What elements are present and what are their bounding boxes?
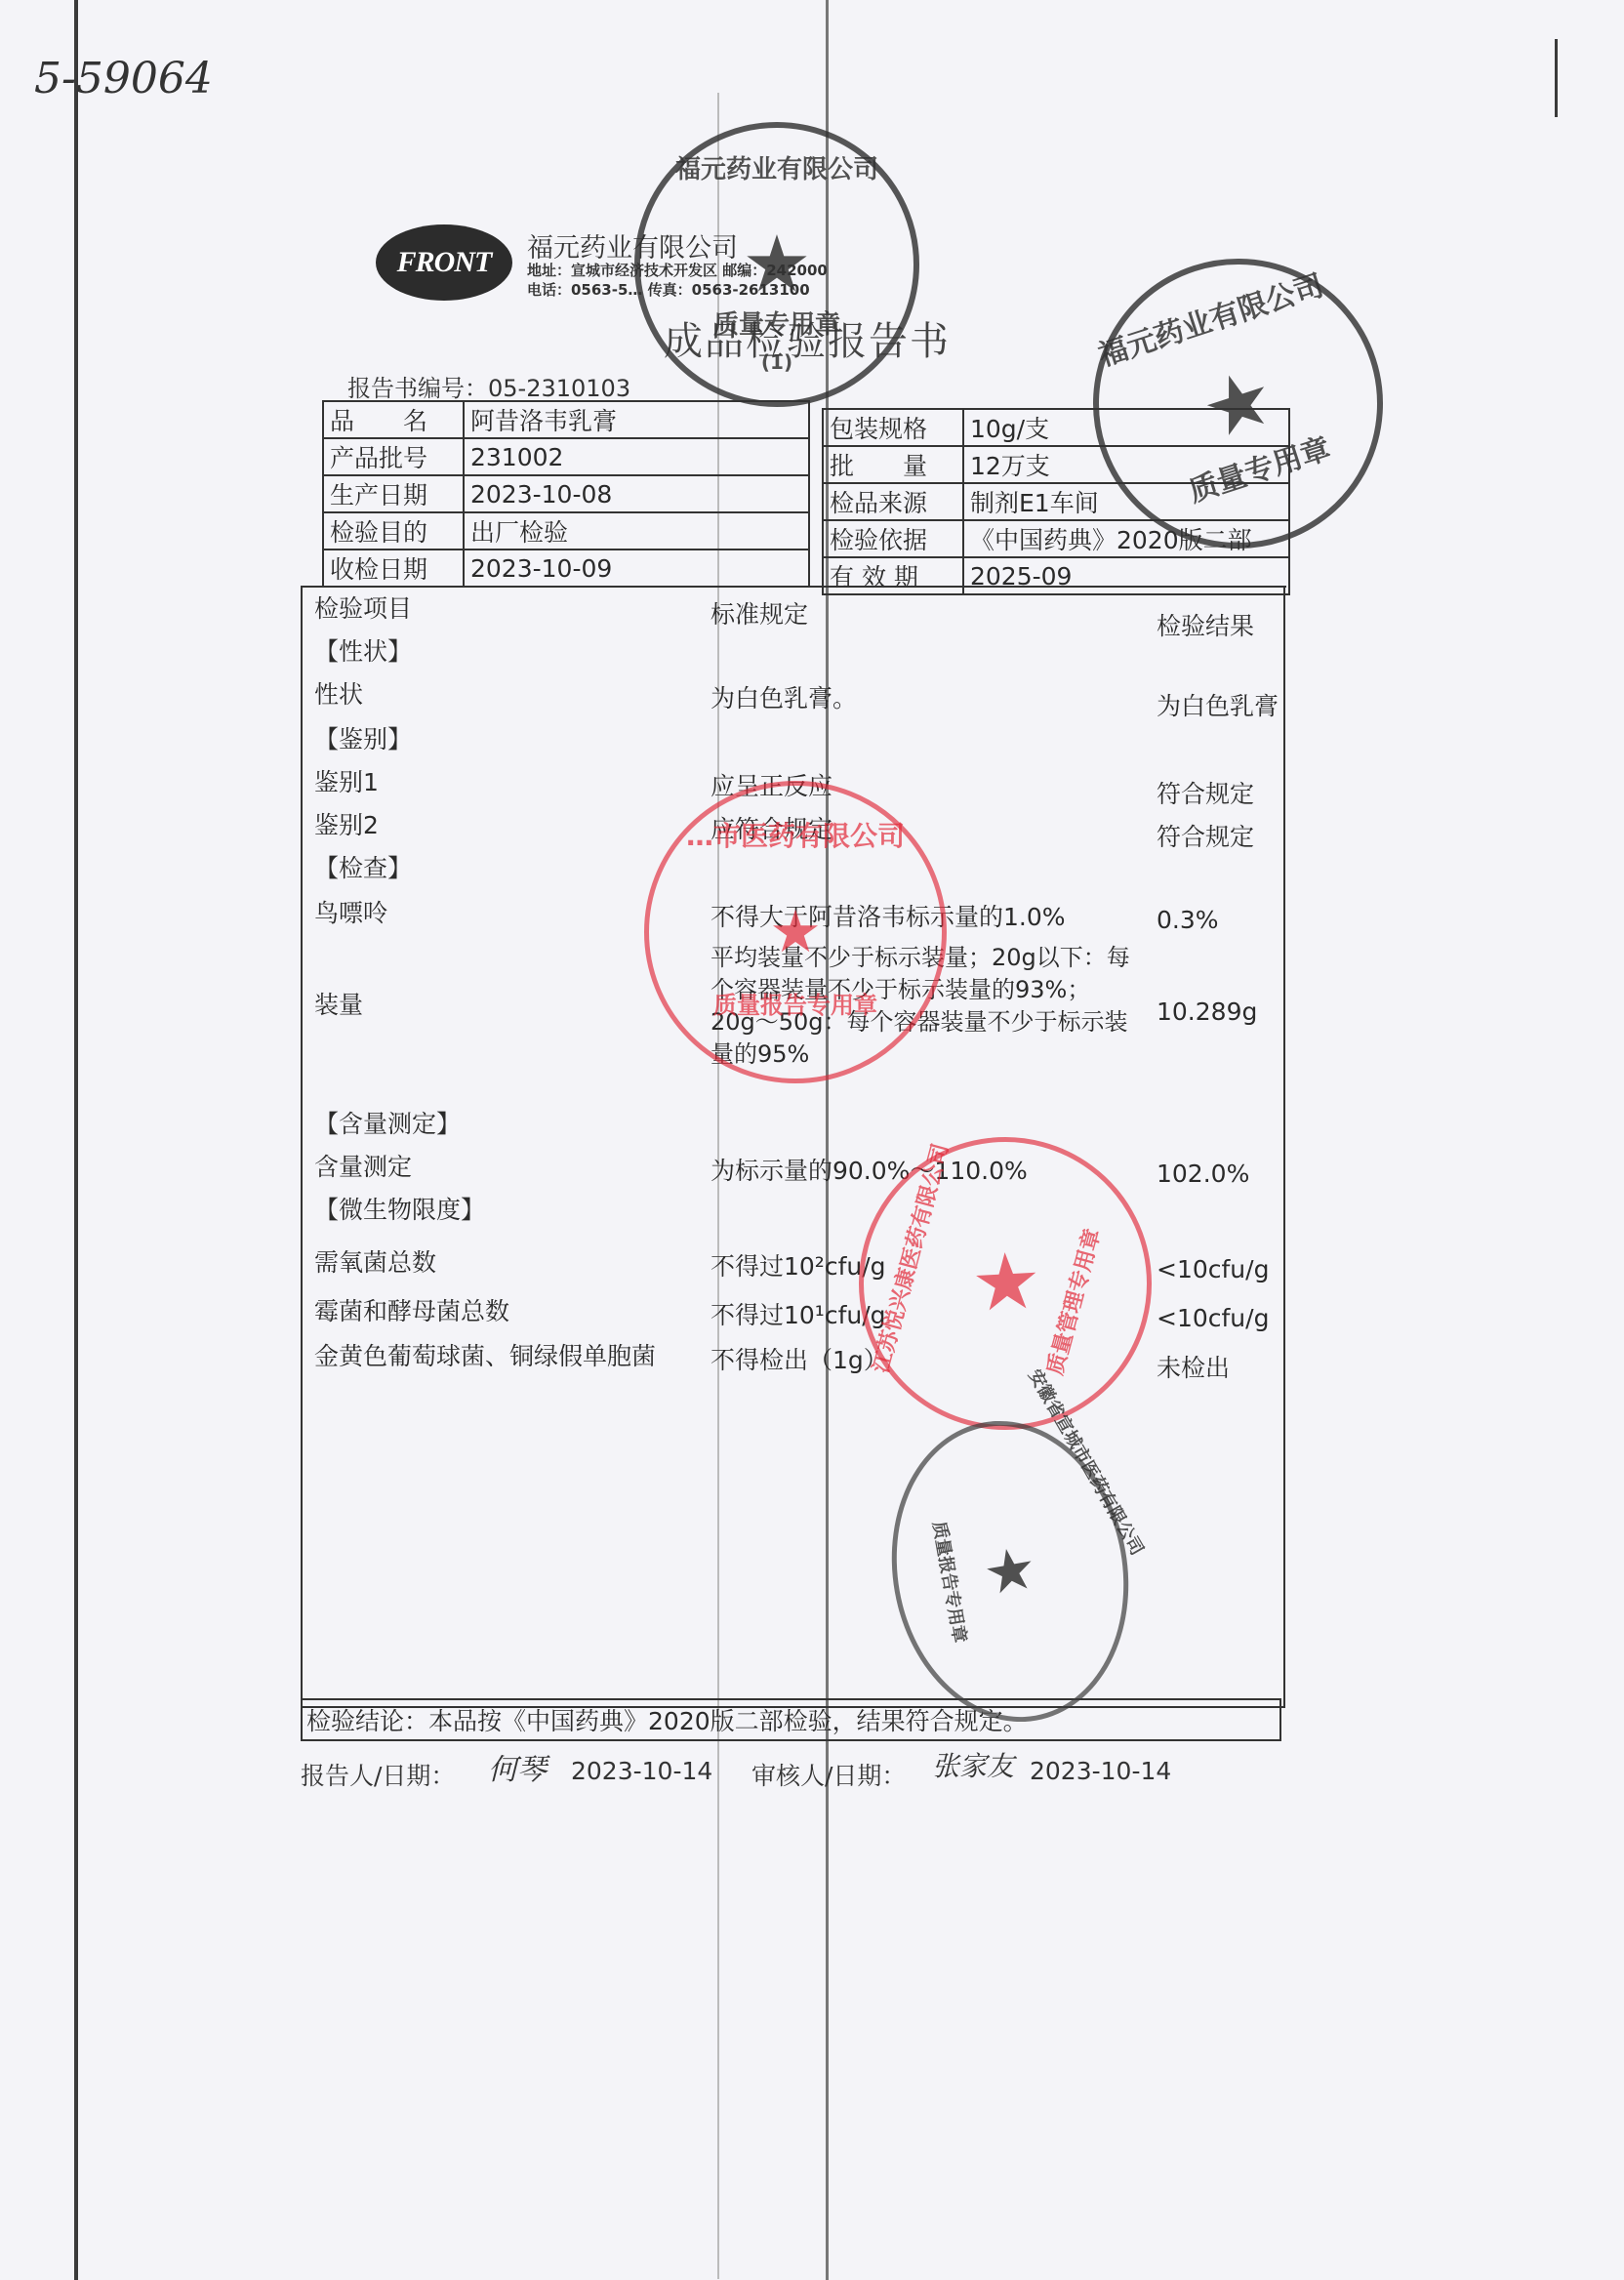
result-item: 需氧菌总数 xyxy=(314,1243,436,1279)
stamp-number: (1) xyxy=(761,350,792,374)
info_right-label: 批 量 xyxy=(823,446,963,483)
result-item: 鸟嘌呤 xyxy=(314,894,387,929)
info_left-label: 生产日期 xyxy=(323,475,464,512)
info_left-label: 产品批号 xyxy=(323,438,464,475)
info_left-label: 品 名 xyxy=(323,401,464,438)
section-heading: 【性状】 xyxy=(314,632,412,668)
stamp-star-icon: ★ xyxy=(769,903,822,961)
reporter-label: 报告人/日期： xyxy=(301,1757,455,1792)
result-value: 0.3% xyxy=(1157,906,1219,934)
info_left-value: 阿昔洛韦乳膏 xyxy=(464,401,809,438)
stamp-text-bottom: 质量专用章 xyxy=(713,305,840,341)
info_left-label: 检验目的 xyxy=(323,512,464,550)
section-heading: 【含量测定】 xyxy=(314,1105,461,1140)
report-number-label: 报告书编号： xyxy=(347,375,488,402)
handwritten-number: 5-59064 xyxy=(34,54,213,103)
reviewer-date: 2023-10-14 xyxy=(1030,1757,1171,1785)
info_left-label: 收检日期 xyxy=(323,550,464,587)
result-item: 金黄色葡萄球菌、铜绿假单胞菌 xyxy=(314,1337,656,1372)
info_left-row: 产品批号231002 xyxy=(323,438,809,475)
result-item: 鉴别2 xyxy=(314,806,379,841)
scan-edge-right-mark xyxy=(1555,39,1558,117)
conclusion: 检验结论：本品按《中国药典》2020版二部检验，结果符合规定。 xyxy=(301,1698,1281,1741)
result-item: 装量 xyxy=(314,986,363,1021)
quality-stamp-middle-red: ★ …市医药有限公司 质量报告专用章 xyxy=(644,781,947,1083)
result-item: 霉菌和酵母菌总数 xyxy=(314,1292,509,1327)
info_left-value: 2023-10-09 xyxy=(464,550,809,587)
info_left-row: 检验目的出厂检验 xyxy=(323,512,809,550)
info_left-value: 出厂检验 xyxy=(464,512,809,550)
result-item: 鉴别1 xyxy=(314,763,379,798)
stamp-text-top: 福元药业有限公司 xyxy=(675,149,878,185)
section-heading: 【微生物限度】 xyxy=(314,1191,485,1226)
company-logo: FRONT xyxy=(376,224,512,301)
reviewer-signature: 张家友 xyxy=(932,1745,1014,1784)
result-value: 为白色乳膏 xyxy=(1157,687,1279,722)
report-number: 报告书编号：05-2310103 xyxy=(347,369,630,403)
info_left-value: 231002 xyxy=(464,438,809,475)
reporter-signature: 何琴 xyxy=(488,1745,547,1788)
reporter-date: 2023-10-14 xyxy=(571,1757,712,1785)
reviewer-label: 审核人/日期： xyxy=(751,1757,906,1792)
result-value: <10cfu/g xyxy=(1157,1304,1269,1332)
result-standard: 不得检出（1g） xyxy=(710,1341,888,1376)
info_right-label: 检品来源 xyxy=(823,483,963,520)
info_right-label: 检验依据 xyxy=(823,520,963,557)
stamp-text-bottom: 质量管理专用章 xyxy=(1038,1225,1107,1378)
stamp-star-icon: ★ xyxy=(742,225,812,304)
section-heading: 【检查】 xyxy=(314,849,412,884)
info_left-row: 品 名阿昔洛韦乳膏 xyxy=(323,401,809,438)
quality-stamp-top-center: ★ 福元药业有限公司 质量专用章 (1) xyxy=(634,122,919,407)
section-heading: 【鉴别】 xyxy=(314,720,412,755)
result-value: 符合规定 xyxy=(1157,775,1254,810)
info-table-left: 品 名阿昔洛韦乳膏产品批号231002生产日期2023-10-08检验目的出厂检… xyxy=(322,400,810,588)
stamp-text-bottom: 质量报告专用章 xyxy=(713,986,877,1020)
result-item: 含量测定 xyxy=(314,1148,412,1183)
scan-edge-left xyxy=(74,0,78,2280)
result-value: 符合规定 xyxy=(1157,818,1254,853)
result-value: <10cfu/g xyxy=(1157,1255,1269,1283)
result-value: 未检出 xyxy=(1157,1349,1230,1384)
stamp-text-top: …市医药有限公司 xyxy=(686,815,905,854)
result-item: 性状 xyxy=(314,675,363,711)
stamp-text-top: 福元药业有限公司 xyxy=(1092,262,1328,375)
stamp-star-icon: ★ xyxy=(1193,355,1283,451)
header-result: 检验结果 xyxy=(1157,607,1254,642)
stamp-text-bottom: 质量报告专用章 xyxy=(927,1519,973,1645)
report-number-value: 05-2310103 xyxy=(488,375,630,402)
result-value: 10.289g xyxy=(1157,997,1257,1026)
info_left-row: 生产日期2023-10-08 xyxy=(323,475,809,512)
header-standard: 标准规定 xyxy=(710,595,808,631)
header-item: 检验项目 xyxy=(314,590,412,625)
info_right-label: 包装规格 xyxy=(823,409,963,446)
result-standard: 为白色乳膏。 xyxy=(710,679,857,714)
stamp-star-icon: ★ xyxy=(958,1240,1052,1327)
info_left-value: 2023-10-08 xyxy=(464,475,809,512)
result-value: 102.0% xyxy=(1157,1160,1249,1188)
stamp-star-icon: ★ xyxy=(979,1538,1040,1605)
info_left-row: 收检日期2023-10-09 xyxy=(323,550,809,587)
